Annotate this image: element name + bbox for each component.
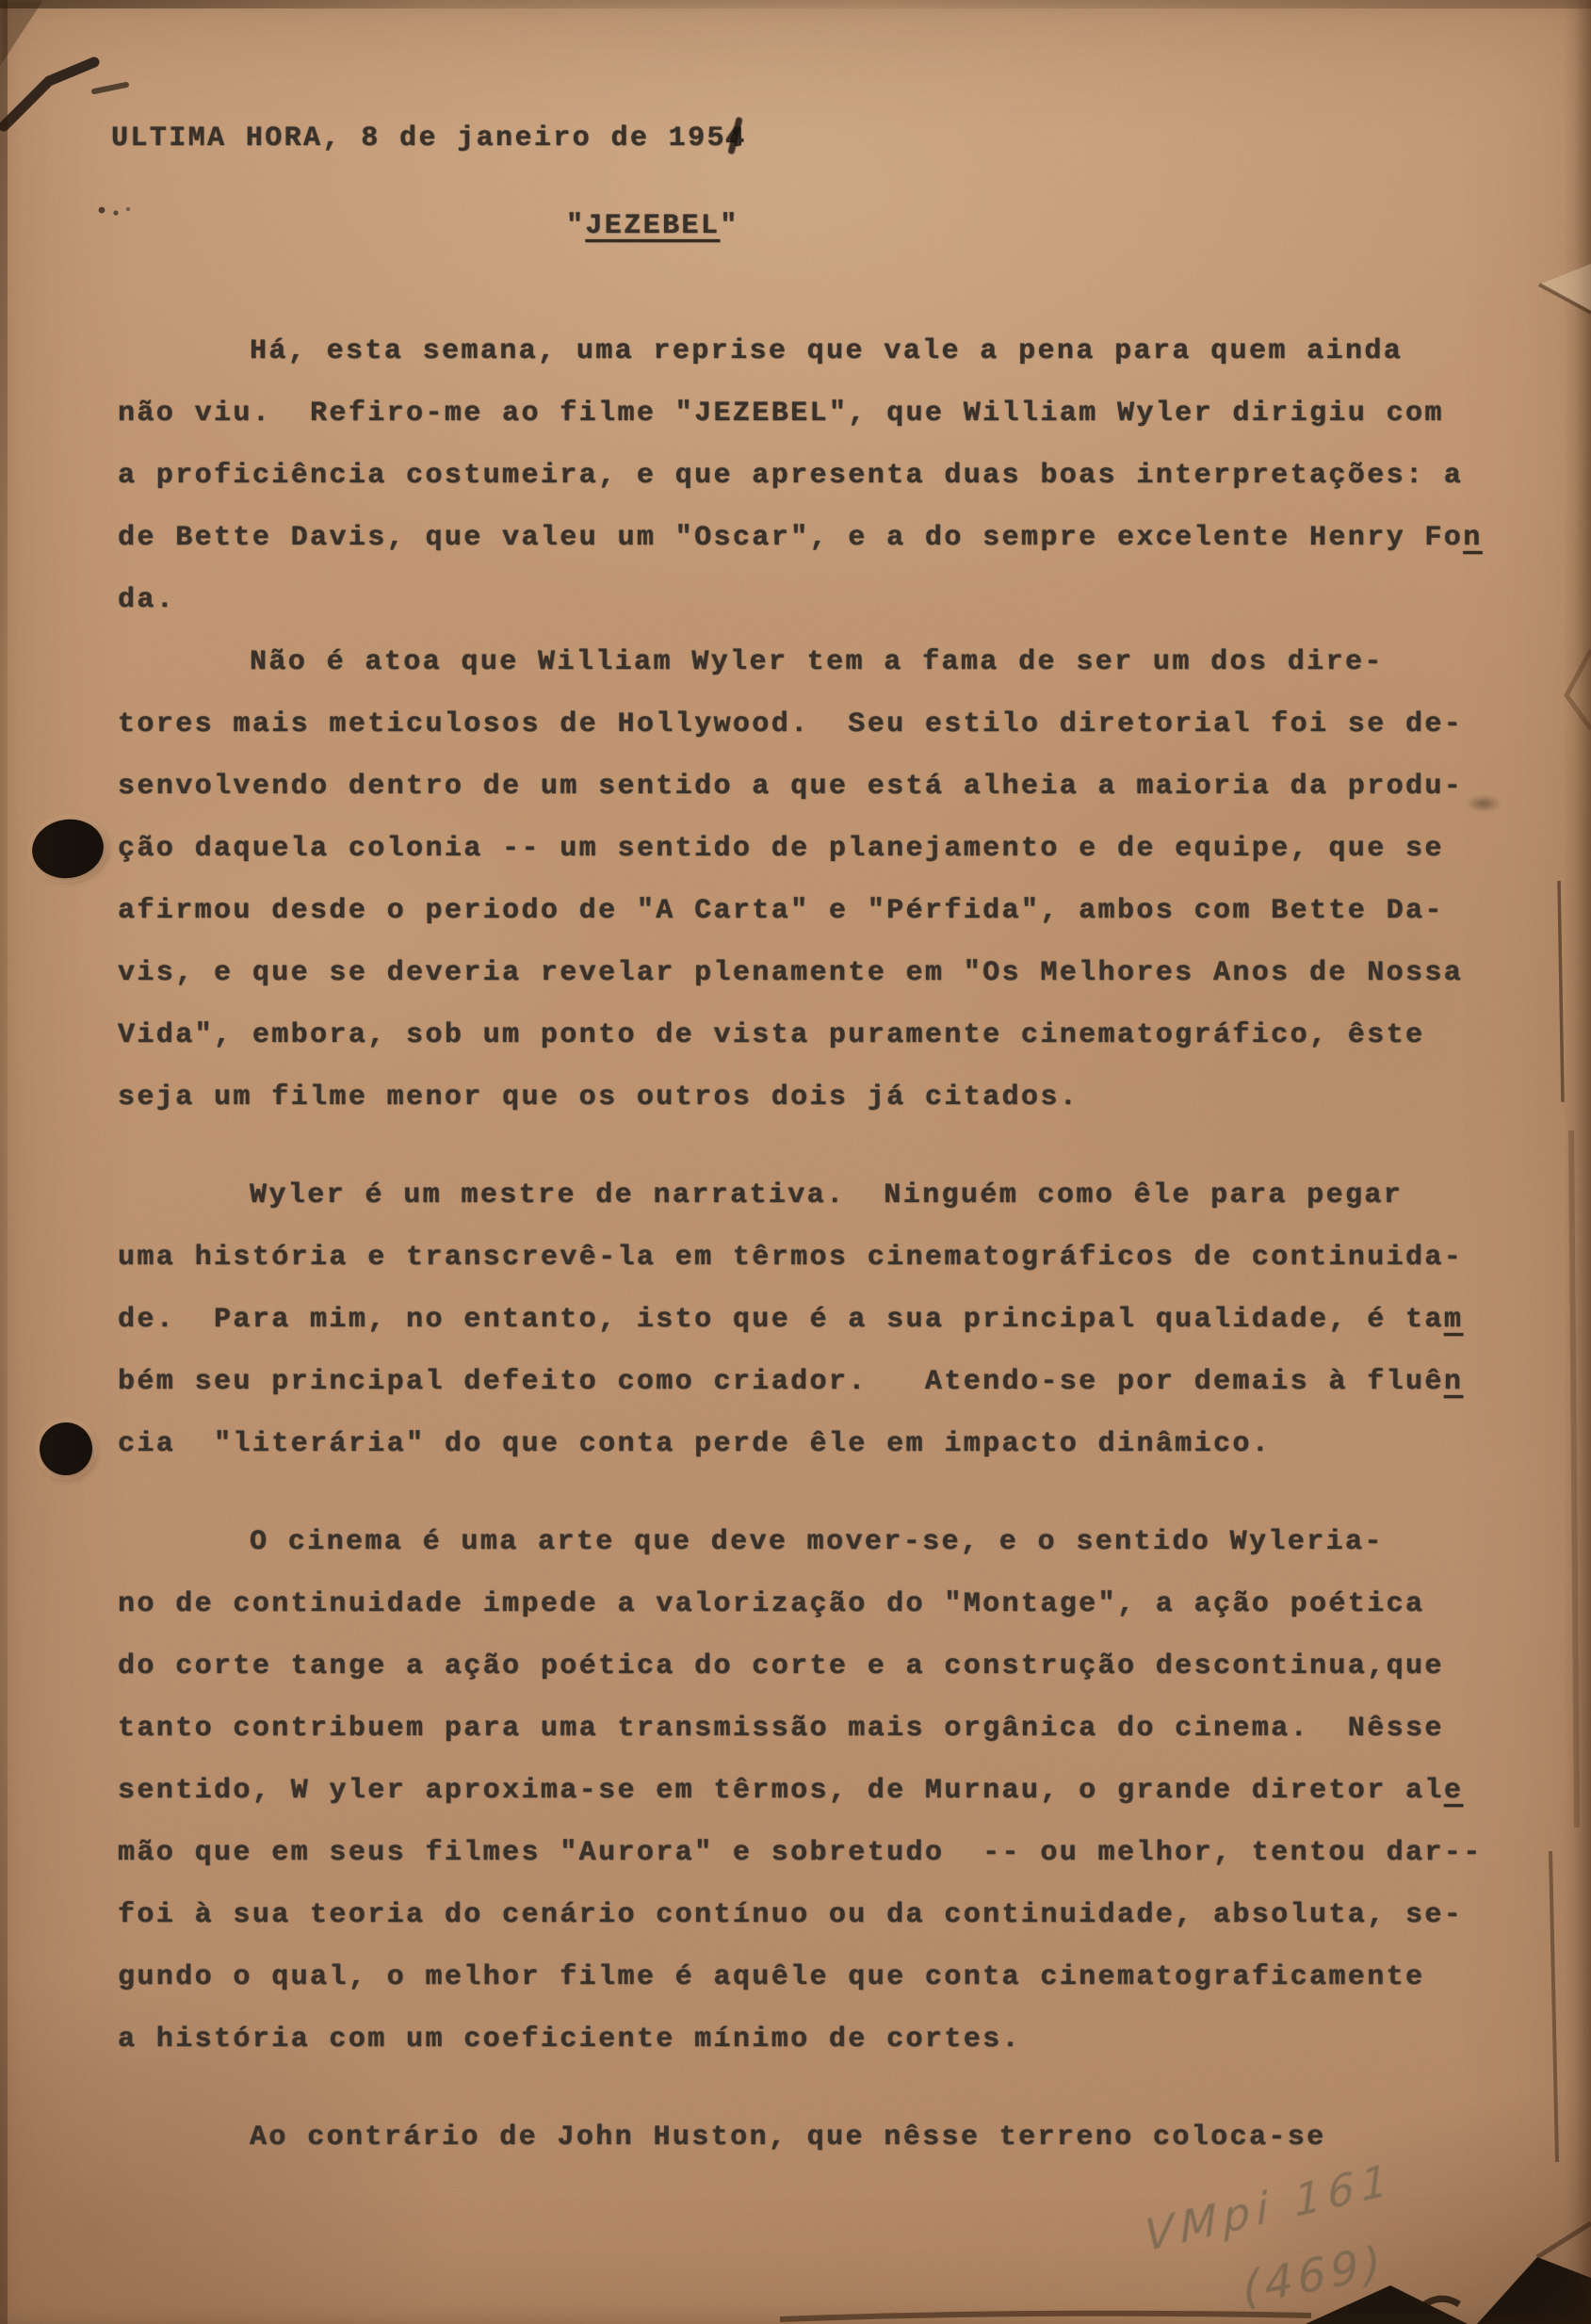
paper-grain: [0, 0, 1591, 2324]
document-page: ULTIMA HORA, 8 de janeiro de 1954 "JEZEB…: [0, 0, 1591, 2324]
